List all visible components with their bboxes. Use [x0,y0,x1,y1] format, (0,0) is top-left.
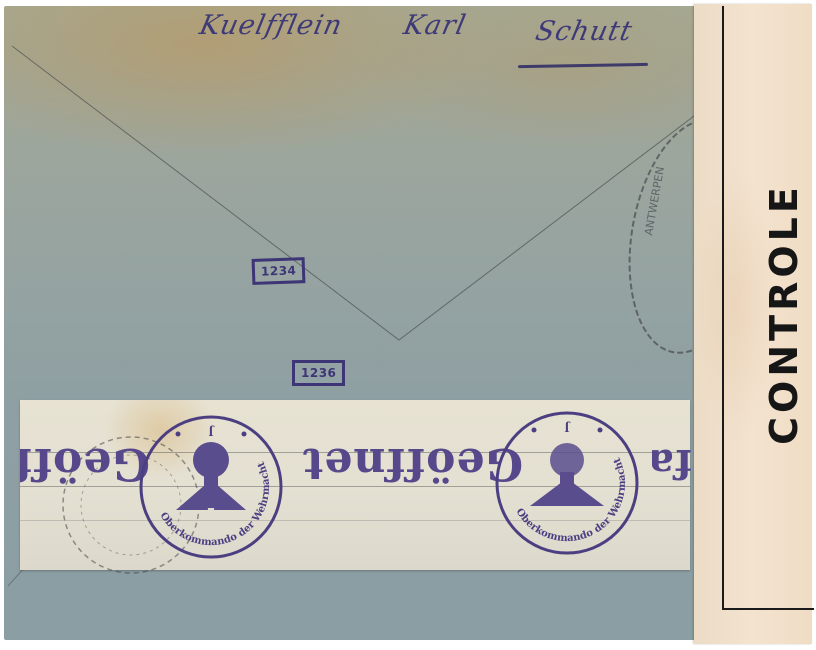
controle-text: CONTROLE [762,183,806,445]
handwritten-first-name: Karl [401,10,469,41]
geoeffnet-text-left: Geöff [20,438,150,489]
svg-text:J: J [564,421,570,434]
controle-text-wrapper: CONTROLE [754,144,814,484]
controle-censor-label: CONTROLE [694,4,812,644]
censor-number-stamp: 1234 [252,257,306,285]
wehrmacht-seal-icon: J Oberkommando der Wehrmacht [492,408,642,558]
svg-text:J: J [208,425,214,438]
geoeffnet-text: Geöffnet [302,438,523,489]
handwritten-location: Schutt [533,16,636,47]
censor-number-stamp: 1236 [292,360,345,386]
wehrmacht-seal-icon: J Oberkommando der Wehrmacht [136,412,286,562]
svg-text:ANTWERPEN: ANTWERPEN [642,166,667,237]
geoeffnet-text-right: fa [652,440,692,487]
censor-tape: Geöff Geöffnet fa J Oberkommando der Weh… [20,400,690,570]
handwritten-surname: Kuelfflein [197,10,346,41]
